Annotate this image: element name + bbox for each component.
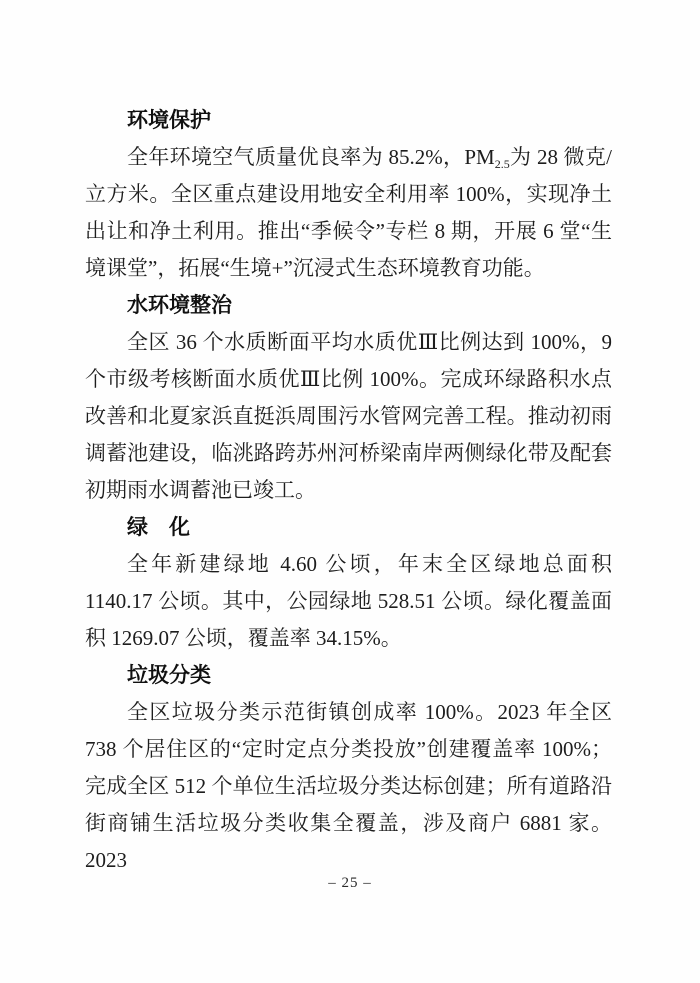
section-paragraph: 全区 36 个水质断面平均水质优Ⅲ比例达到 100%，9 个市级考核断面水质优Ⅲ… xyxy=(85,324,612,509)
section-paragraph: 全年新建绿地 4.60 公顷，年末全区绿地总面积 1140.17 公顷。其中，公… xyxy=(85,546,612,657)
section-water-environment: 水环境整治 全区 36 个水质断面平均水质优Ⅲ比例达到 100%，9 个市级考核… xyxy=(85,287,612,509)
page-number: – 25 – xyxy=(0,872,700,894)
section-greening: 绿 化 全年新建绿地 4.60 公顷，年末全区绿地总面积 1140.17 公顷。… xyxy=(85,509,612,657)
paragraph-text: 全年环境空气质量优良率为 85.2%，PM xyxy=(127,145,495,169)
pm25-subscript: 2.5 xyxy=(495,157,510,171)
section-waste-sorting: 垃圾分类 全区垃圾分类示范街镇创成率 100%。2023 年全区 738 个居住… xyxy=(85,657,612,879)
section-heading-water-environment: 水环境整治 xyxy=(85,287,612,324)
section-heading-environmental-protection: 环境保护 xyxy=(85,102,612,139)
page-content: 环境保护 全年环境空气质量优良率为 85.2%，PM2.5为 28 微克/立方米… xyxy=(85,102,612,879)
section-environmental-protection: 环境保护 全年环境空气质量优良率为 85.2%，PM2.5为 28 微克/立方米… xyxy=(85,102,612,287)
section-heading-waste-sorting: 垃圾分类 xyxy=(85,657,612,694)
document-page: 环境保护 全年环境空气质量优良率为 85.2%，PM2.5为 28 微克/立方米… xyxy=(0,0,700,983)
section-paragraph: 全年环境空气质量优良率为 85.2%，PM2.5为 28 微克/立方米。全区重点… xyxy=(85,139,612,287)
section-paragraph: 全区垃圾分类示范街镇创成率 100%。2023 年全区 738 个居住区的“定时… xyxy=(85,694,612,879)
section-heading-greening: 绿 化 xyxy=(85,509,612,546)
